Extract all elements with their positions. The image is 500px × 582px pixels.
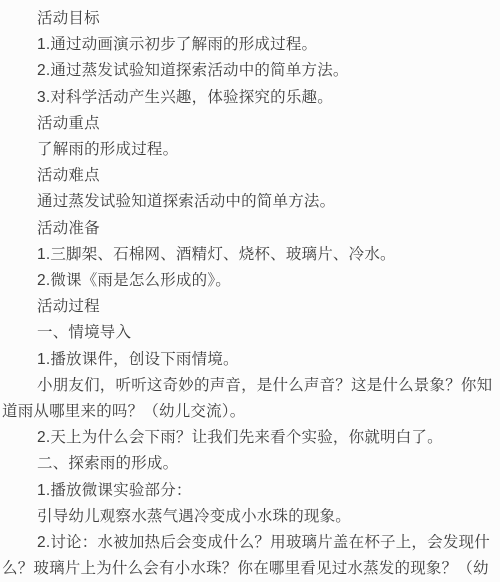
text-line: 了解雨的形成过程。 — [2, 137, 496, 163]
text-line: 活动过程 — [2, 294, 496, 320]
text-line: 一、情境导入 — [2, 320, 496, 346]
text-line: 二、探索雨的形成。 — [2, 451, 496, 477]
text-line: 2.微课《雨是怎么形成的》。 — [2, 268, 496, 294]
text-line: 1.通过动画演示初步了解雨的形成过程。 — [2, 32, 496, 58]
text-line: 道雨从哪里来的吗？（幼儿交流）。 — [2, 399, 496, 425]
text-line: 小朋友们，听听这奇妙的声音，是什么声音？这是什么景象？你知 — [2, 373, 496, 399]
text-line: 2.通过蒸发试验知道探索活动中的简单方法。 — [2, 58, 496, 84]
text-line: 引导幼儿观察水蒸气遇冷变成小水珠的现象。 — [2, 504, 496, 530]
text-line: 活动目标 — [2, 6, 496, 32]
text-line: 活动难点 — [2, 163, 496, 189]
text-line: 么？玻璃片上为什么会有小水珠？你在哪里看见过水蒸发的现象？（幼 — [2, 556, 496, 582]
text-line: 1.三脚架、石棉网、酒精灯、烧杯、玻璃片、冷水。 — [2, 242, 496, 268]
text-line: 1.播放课件，创设下雨情境。 — [2, 347, 496, 373]
text-line: 活动准备 — [2, 216, 496, 242]
document-page: 活动目标1.通过动画演示初步了解雨的形成过程。2.通过蒸发试验知道探索活动中的简… — [0, 0, 500, 582]
document-text-block: 活动目标1.通过动画演示初步了解雨的形成过程。2.通过蒸发试验知道探索活动中的简… — [0, 0, 500, 582]
text-line: 活动重点 — [2, 111, 496, 137]
text-line: 通过蒸发试验知道探索活动中的简单方法。 — [2, 189, 496, 215]
text-line: 2.天上为什么会下雨？让我们先来看个实验，你就明白了。 — [2, 425, 496, 451]
text-line: 3.对科学活动产生兴趣，体验探究的乐趣。 — [2, 85, 496, 111]
text-line: 2.讨论：水被加热后会变成什么？用玻璃片盖在杯子上，会发现什 — [2, 530, 496, 556]
text-line: 1.播放微课实验部分： — [2, 478, 496, 504]
